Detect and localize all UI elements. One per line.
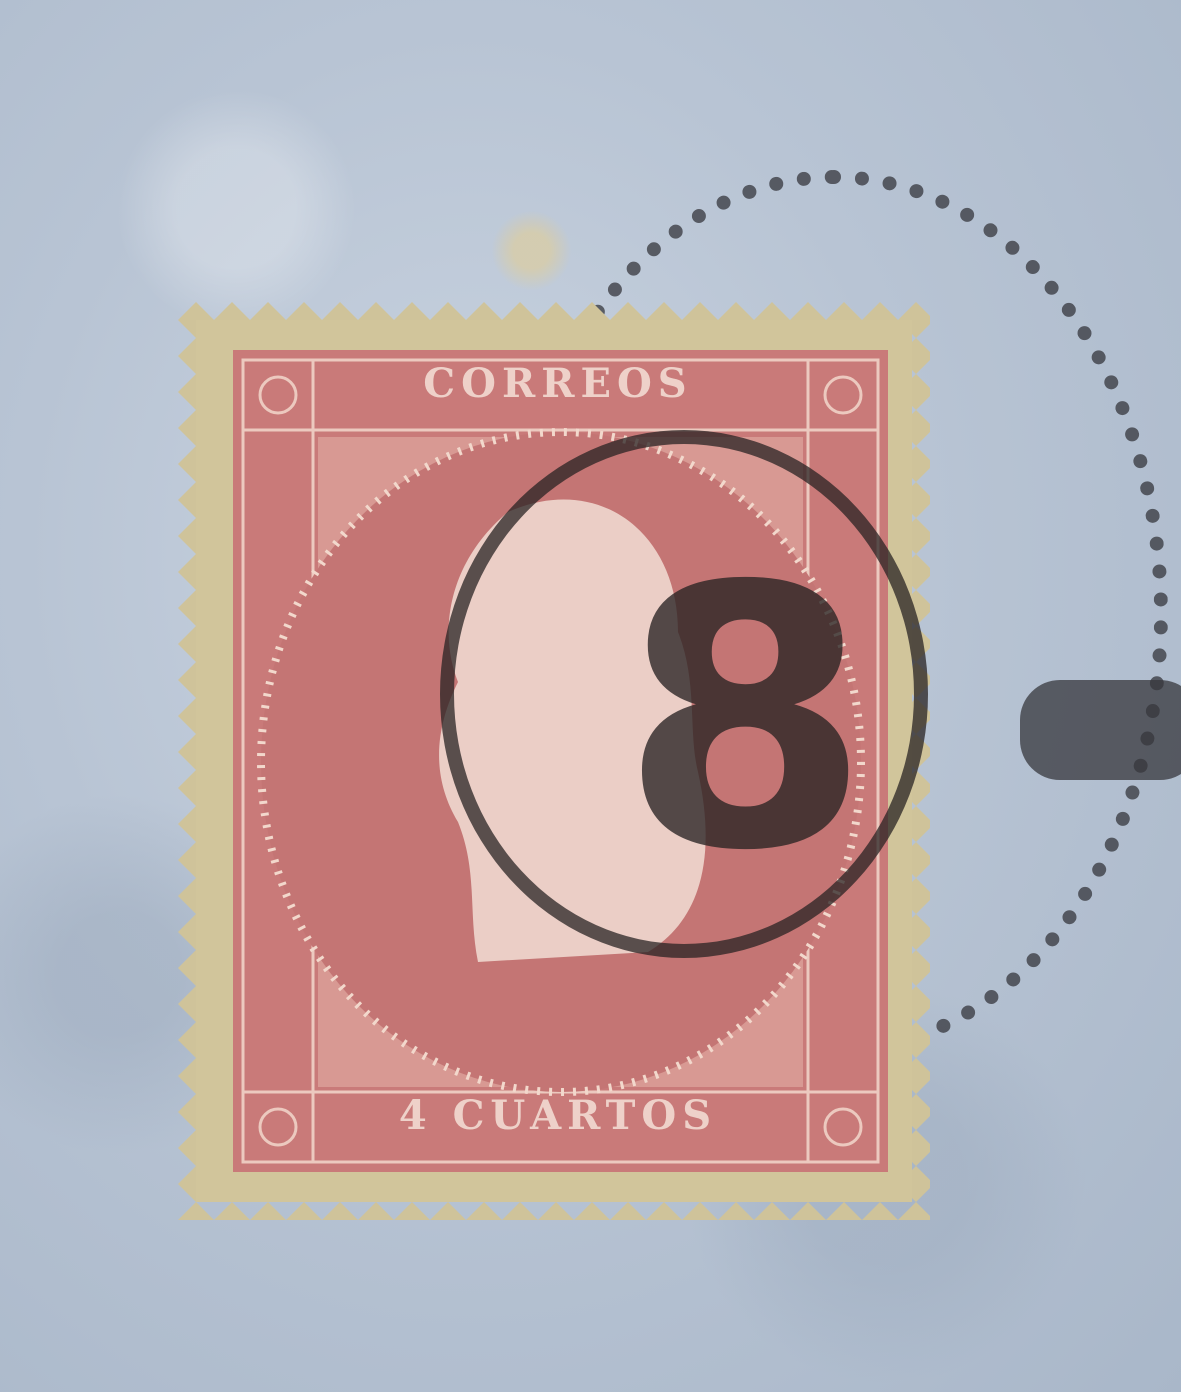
stamp-value-inscription: 4 CUARTOS — [328, 1092, 788, 1139]
stamp-top-inscription: CORREOS — [328, 360, 788, 407]
numeral-cancel: 8 — [620, 540, 871, 900]
ink-smudge — [1020, 680, 1181, 780]
